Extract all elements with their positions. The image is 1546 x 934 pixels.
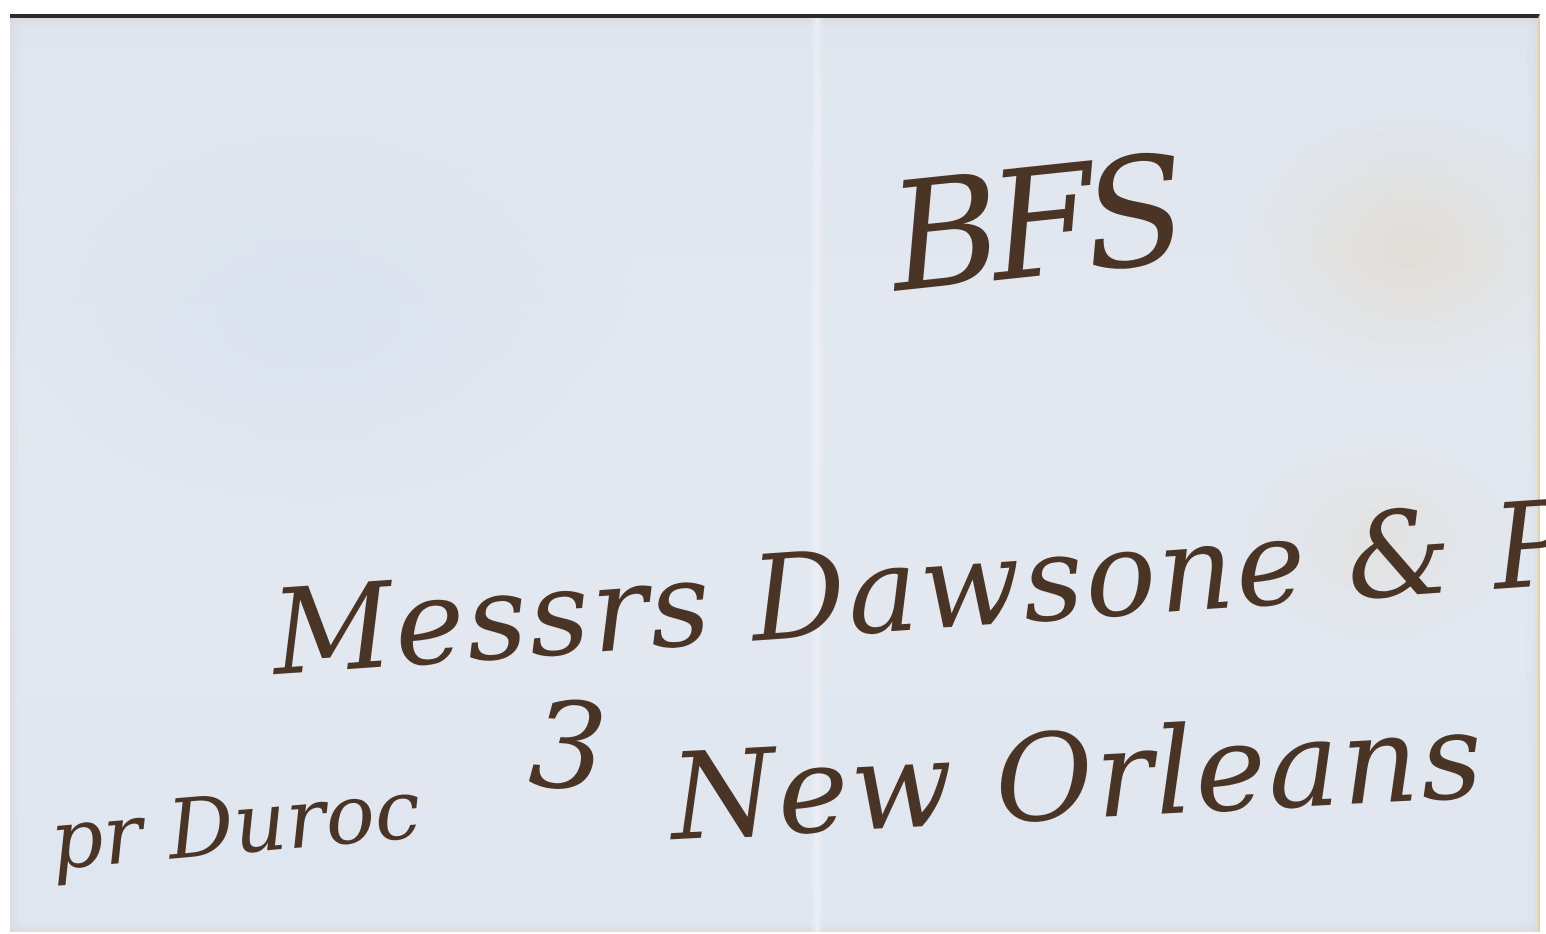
letter-cover: BFS Messrs Dawsone & Pipkin 3 New Orlean… [10, 14, 1540, 932]
rate-marking: 3 [525, 676, 611, 820]
destination-city: New Orleans [667, 687, 1488, 868]
routing-endorsement: pr Duroc [47, 762, 425, 889]
sender-monogram: BFS [882, 123, 1186, 326]
addressee-line: Messrs Dawsone & Pipkin [267, 452, 1546, 702]
